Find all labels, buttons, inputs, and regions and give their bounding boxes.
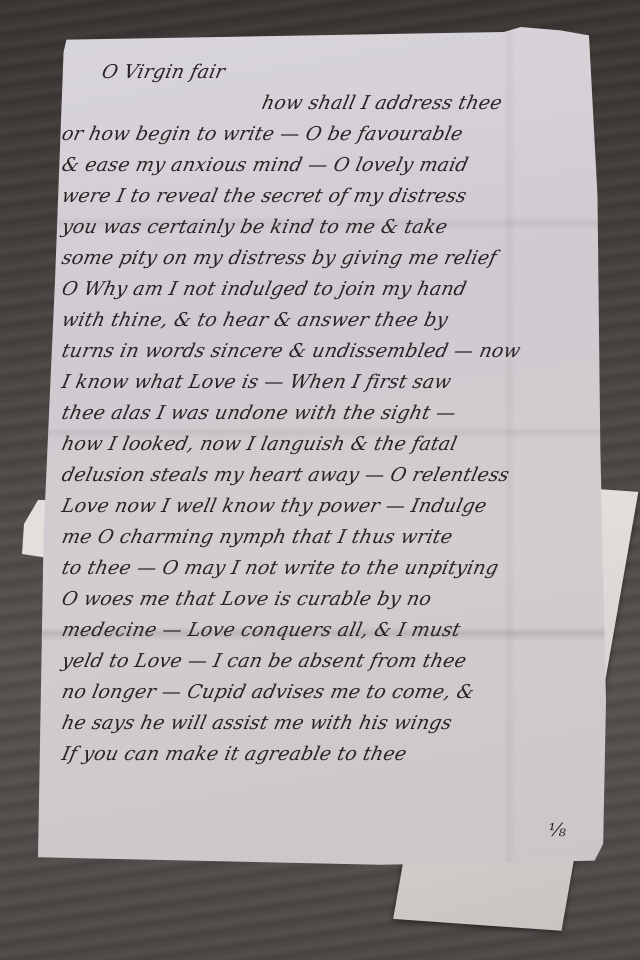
letter-line: O Why am I not indulged to join my hand [59,274,596,305]
letter-line: turns in words sincere & undissembled — … [59,336,596,367]
letter-line: Love now I well know thy power — Indulge [59,491,596,522]
letter-line: O woes me that Love is curable by no [59,584,596,615]
letter-line: how shall I address thee [59,88,596,119]
letter-line: delusion steals my heart away — O relent… [59,460,596,491]
letter-line: to thee — O may I not write to the unpit… [59,553,596,584]
letter-line: were I to reveal the secret of my distre… [59,181,596,212]
letter-line: no longer — Cupid advises me to come, & [59,677,596,708]
letter-line: yeld to Love — I can be absent from thee [59,646,596,677]
letter-line: he says he will assist me with his wings [59,708,596,739]
letter-line: me O charming nymph that I thus write [59,522,596,553]
letter-line: thee alas I was undone with the sight — [59,398,596,429]
letter-line: you was certainly be kind to me & take [59,212,596,243]
letter-salutation: O Virgin fair [59,57,596,88]
letter-line: how I looked, now I languish & the fatal [59,429,596,460]
letter-line: I know what Love is — When I first saw [59,367,596,398]
letter-text: O Virgin fair how shall I address thee o… [62,57,592,770]
letter-line: with thine, & to hear & answer thee by [59,305,596,336]
letter-line: & ease my anxious mind — O lovely maid [59,150,596,181]
letter-line: If you can make it agreable to thee [59,739,596,770]
handwritten-letter: O Virgin fair how shall I address thee o… [38,27,606,869]
letter-line: or how begin to write — O be favourable [59,119,596,150]
letter-line: some pity on my distress by giving me re… [59,243,596,274]
page-mark: ⅛ [549,820,566,841]
letter-line: medecine — Love conquers all, & I must [59,615,596,646]
